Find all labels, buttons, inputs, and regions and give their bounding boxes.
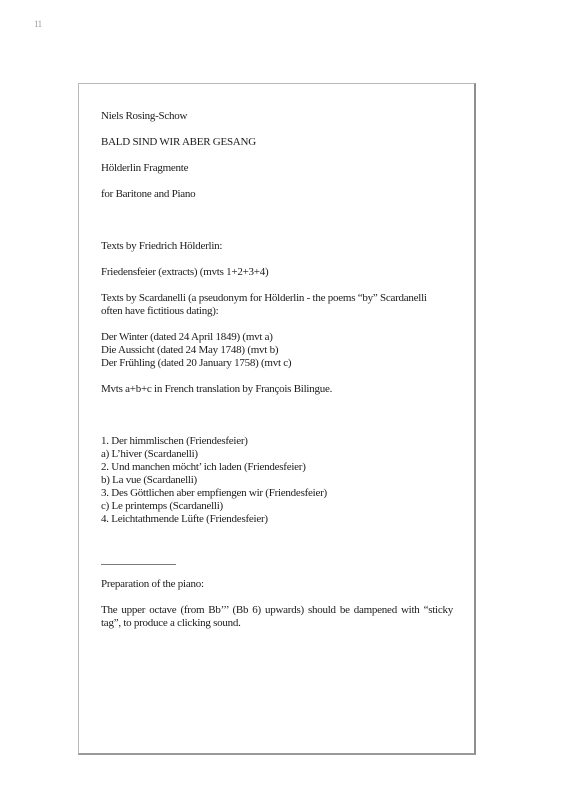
scardanelli-poem: Der Winter (dated 24 April 1849) (mvt a) bbox=[101, 331, 273, 344]
movement-item: 3. Des Göttlichen aber empfiengen wir (F… bbox=[101, 487, 327, 500]
scardanelli-intro: Texts by Scardanelli (a pseudonym for Hö… bbox=[101, 292, 431, 318]
scardanelli-poem: Der Frühling (dated 20 January 1758) (mv… bbox=[101, 357, 291, 370]
movement-item: 1. Der himmlischen (Friendesfeier) bbox=[101, 435, 248, 448]
holderlin-source: Friedensfeier (extracts) (mvts 1+2+3+4) bbox=[101, 266, 268, 279]
movement-item: b) La vue (Scardanelli) bbox=[101, 474, 197, 487]
work-subtitle: Hölderlin Fragmente bbox=[101, 162, 188, 175]
work-title: BALD SIND WIR ABER GESANG bbox=[101, 136, 256, 149]
scardanelli-poem: Die Aussicht (dated 24 May 1748) (mvt b) bbox=[101, 344, 278, 357]
instrumentation: for Baritone and Piano bbox=[101, 188, 195, 201]
page-number: 11 bbox=[34, 19, 42, 29]
preparation-body: The upper octave (from Bb’’’ (Bb 6) upwa… bbox=[101, 604, 453, 630]
section-divider bbox=[101, 564, 176, 565]
holderlin-heading: Texts by Friedrich Hölderlin: bbox=[101, 240, 222, 253]
translation-note: Mvts a+b+c in French translation by Fran… bbox=[101, 383, 332, 396]
composer-name: Niels Rosing-Schow bbox=[101, 110, 187, 123]
movement-item: 2. Und manchen möcht’ ich laden (Friende… bbox=[101, 461, 306, 474]
preparation-heading: Preparation of the piano: bbox=[101, 578, 204, 591]
movement-item: c) Le printemps (Scardanelli) bbox=[101, 500, 223, 513]
movement-item: 4. Leichtathmende Lüfte (Friendesfeier) bbox=[101, 513, 268, 526]
page-frame bbox=[78, 83, 476, 755]
movement-item: a) L’hiver (Scardanelli) bbox=[101, 448, 198, 461]
